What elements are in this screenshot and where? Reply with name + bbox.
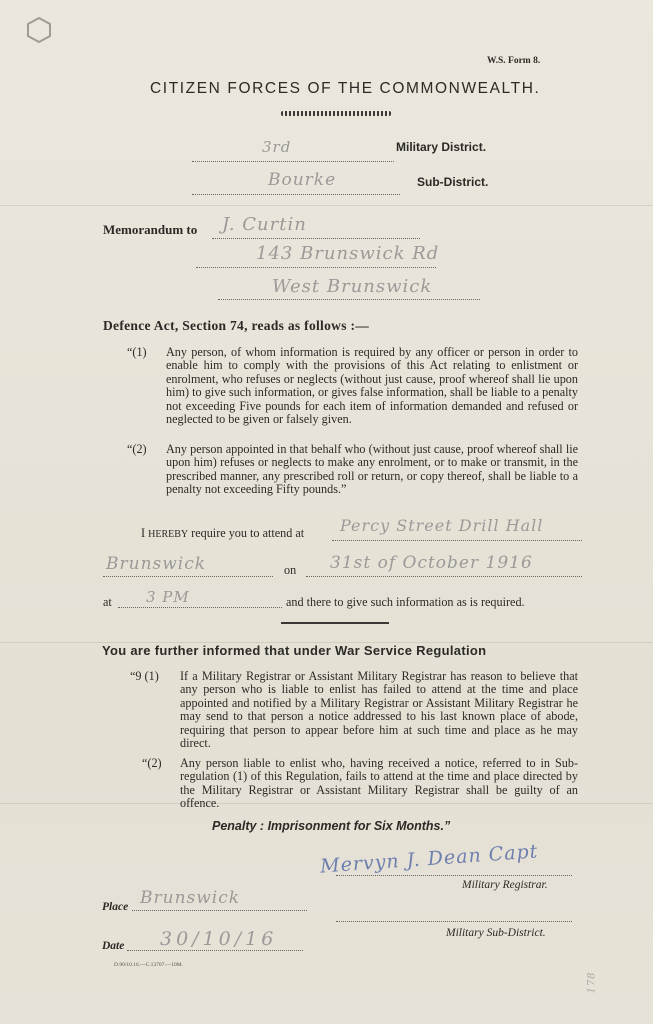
clause-number: “(2) [127, 443, 147, 456]
address-line2-line [218, 299, 480, 300]
address-line2-value[interactable]: West Brunswick [272, 276, 432, 297]
war-service-clause-2: “(2) Any person liable to enlist who, ha… [180, 757, 578, 811]
memorandum-name-value[interactable]: J. Curtin [222, 214, 307, 235]
defence-act-heading: Defence Act, Section 74, reads as follow… [103, 318, 369, 334]
attend-prefix-i: I [141, 526, 145, 540]
clause-text: If a Military Registrar or Assistant Mil… [180, 669, 578, 750]
signature-line [336, 875, 572, 876]
military-district-value[interactable]: 3rd [262, 138, 291, 156]
penalty-text: Penalty : Imprisonment for Six Months.” [212, 819, 450, 833]
attend-suffix: and there to give such information as is… [286, 595, 525, 610]
address-line1-value[interactable]: 143 Brunswick Rd [256, 243, 439, 264]
print-code: D.90/10.16.—C.13707.—10M. [114, 962, 183, 968]
attend-place2-value[interactable]: Brunswick [106, 554, 206, 574]
clause-text: Any person appointed in that behalf who … [166, 442, 578, 496]
attend-time-line [118, 607, 282, 608]
address-line1-line [196, 267, 436, 268]
document-title: CITIZEN FORCES OF THE COMMONWEALTH. [150, 80, 540, 98]
document-page: W.S. Form 8. CITIZEN FORCES OF THE COMMO… [0, 0, 653, 1024]
at-label: at [103, 595, 112, 610]
place-value[interactable]: Brunswick [140, 888, 240, 908]
on-label: on [284, 563, 296, 578]
memorandum-label: Memorandum to [103, 222, 197, 238]
archive-mark: 178 [587, 971, 598, 993]
clause-text: Any person, of whom information is requi… [166, 345, 578, 426]
war-service-clause-1: “9 (1) If a Military Registrar or Assist… [180, 670, 578, 750]
date-label: Date [102, 940, 124, 952]
stamp-mark-icon [24, 15, 54, 45]
clause-text: Any person liable to enlist who, having … [180, 756, 578, 810]
date-line [127, 950, 303, 951]
form-number: W.S. Form 8. [487, 56, 540, 66]
memorandum-name-line [212, 238, 420, 239]
defence-act-clause-1: “(1) Any person, of whom information is … [166, 346, 578, 426]
sub-district-sign-line [336, 921, 572, 922]
attend-place-value[interactable]: Percy Street Drill Hall [340, 516, 543, 535]
attend-place-line [332, 540, 582, 541]
place-line [132, 910, 307, 911]
paper-fold [0, 205, 653, 206]
attend-prefix-rest: require you to attend at [191, 526, 304, 540]
title-ornament [281, 111, 391, 116]
clause-number: “9 (1) [130, 670, 159, 683]
attend-time-value[interactable]: 3 PM [146, 588, 190, 606]
attend-place2-line [103, 576, 273, 577]
defence-act-clause-2: “(2) Any person appointed in that behalf… [166, 443, 578, 497]
attend-prefix: I HEREBY require you to attend at [141, 526, 304, 541]
attend-date-value[interactable]: 31st of October 1916 [330, 553, 533, 573]
war-service-heading: You are further informed that under War … [102, 643, 486, 658]
sub-district-sign-label: Military Sub-District. [446, 927, 546, 939]
military-district-label: Military District. [396, 140, 486, 154]
place-label: Place [102, 901, 128, 913]
signature-label: Military Registrar. [462, 879, 548, 891]
signature-value[interactable]: Mervyn J. Dean Capt [319, 840, 539, 877]
date-value[interactable]: 30/10/16 [160, 928, 277, 950]
clause-number: “(1) [127, 346, 147, 359]
sub-district-value[interactable]: Bourke [268, 170, 336, 190]
attend-prefix-hereby: HEREBY [148, 529, 188, 540]
sub-district-line [192, 194, 400, 195]
military-district-line [192, 161, 394, 162]
clause-number: “(2) [142, 757, 162, 770]
sub-district-label: Sub-District. [417, 175, 488, 189]
attend-date-line [306, 576, 582, 577]
section-divider [281, 622, 389, 624]
